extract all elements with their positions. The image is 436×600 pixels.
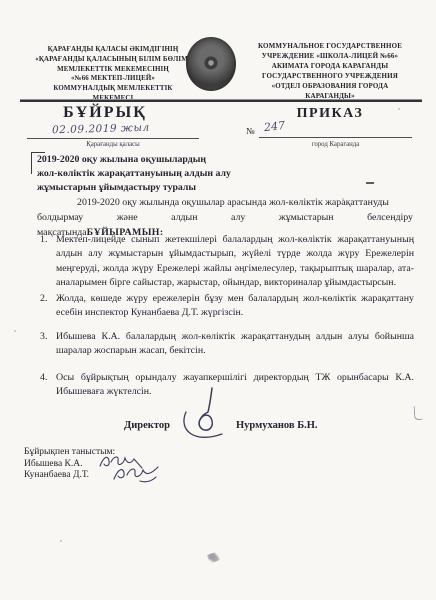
date-underline: [27, 138, 199, 139]
header-line: ҚАРАҒАНДЫ ҚАЛАСЫ ӘКІМДІГІНІҢ: [26, 45, 200, 55]
kunanbaeva-signature: [110, 463, 160, 485]
header-divider: [20, 99, 422, 102]
directives-list: 1. Мектеп-лицейде сынып жетекшілері бала…: [40, 233, 414, 400]
header-line: МЕМЛЕКЕТТІК МЕКЕМЕСІНІҢ: [26, 65, 200, 75]
order-subject: 2019-2020 оқу жылына оқушылардың жол-көл…: [37, 153, 277, 195]
order-title-kazakh: БҰЙРЫҚ: [40, 104, 170, 122]
ink-smudge-artifact: [207, 551, 220, 563]
scan-speck: [60, 540, 62, 542]
pen-mark-artifact: [414, 406, 423, 421]
state-emblem-icon: [186, 37, 236, 91]
handwritten-date: 02.09.2019 жыл: [52, 122, 150, 137]
pen-dash-artifact: [366, 182, 374, 184]
subject-line: жұмыстарын ұйымдастыру туралы: [37, 181, 277, 195]
scanned-order-document: ҚАРАҒАНДЫ ҚАЛАСЫ ӘКІМДІГІНІҢ «ҚАРАҒАНДЫ …: [0, 0, 436, 600]
header-line: АКИМАТА ГОРОДА КАРАГАНДЫ: [238, 61, 422, 71]
header-line: «ОТДЕЛ ОБРАЗОВАНИЯ ГОРОДА: [238, 81, 422, 91]
subject-line: 2019-2020 оқу жылына оқушылардың: [37, 153, 277, 167]
scan-speck: [14, 330, 16, 332]
scan-speck: [398, 108, 400, 110]
header-line: «ҚАРАҒАНДЫ ҚАЛАСЫНЫҢ БІЛІМ БӨЛІМІ: [26, 55, 200, 65]
number-sign: №: [246, 126, 255, 136]
place-caption-kazakh: Қарағанды қаласы: [27, 141, 199, 148]
directive-item: 3. Ибышева К.А. балалардың жол-көліктік …: [40, 330, 414, 359]
header-line: УЧРЕЖДЕНИЕ «ШКОЛА-ЛИЦЕЙ №66»: [238, 51, 422, 61]
header-line: КОММУНАЛДЫҚ МЕМЛЕКЕТТІК: [26, 84, 200, 94]
directive-item: 1. Мектеп-лицейде сынып жетекшілері бала…: [40, 233, 414, 290]
item-text: Ибышева К.А. балалардың жол-көліктік жар…: [56, 330, 414, 359]
item-number: 1.: [40, 233, 56, 290]
header-line: КОММУНАЛЬНОЕ ГОСУДАРСТВЕННОЕ: [238, 41, 422, 51]
header-line: ГОСУДАРСТВЕННОГО УЧРЕЖДЕНИЯ: [238, 71, 422, 81]
item-number: 4.: [40, 371, 56, 400]
place-caption-russian: город Караганда: [259, 141, 412, 148]
header-line: «№66 МЕКТЕП-ЛИЦЕЙ»: [26, 74, 200, 84]
intro-line: болдырмау және алдын алу жұмыстарын белс…: [37, 211, 413, 226]
order-title-russian: ПРИКАЗ: [284, 106, 376, 122]
scan-speck: [342, 198, 344, 200]
director-name: Нурмуханов Б.Н.: [236, 420, 318, 431]
item-number: 3.: [40, 330, 56, 359]
intro-line: 2019-2020 оқу жылында оқушылар арасында …: [37, 196, 413, 211]
item-number: 2.: [40, 292, 56, 321]
director-label: Директор: [124, 420, 170, 431]
item-text: Жолда, көшеде жүру ережелерін бұзу мен б…: [56, 292, 414, 321]
subject-line: жол-көліктік жарақаттануының алдын алу: [37, 167, 277, 181]
number-underline: [259, 137, 412, 138]
handwritten-order-number: 247: [263, 119, 285, 134]
header-org-kazakh: ҚАРАҒАНДЫ ҚАЛАСЫ ӘКІМДІГІНІҢ «ҚАРАҒАНДЫ …: [26, 45, 200, 104]
director-signature: [176, 386, 244, 450]
header-org-russian: КОММУНАЛЬНОЕ ГОСУДАРСТВЕННОЕ УЧРЕЖДЕНИЕ …: [238, 41, 422, 101]
directive-item: 2. Жолда, көшеде жүру ережелерін бұзу ме…: [40, 292, 414, 321]
item-text: Мектеп-лицейде сынып жетекшілері балалар…: [56, 233, 414, 290]
